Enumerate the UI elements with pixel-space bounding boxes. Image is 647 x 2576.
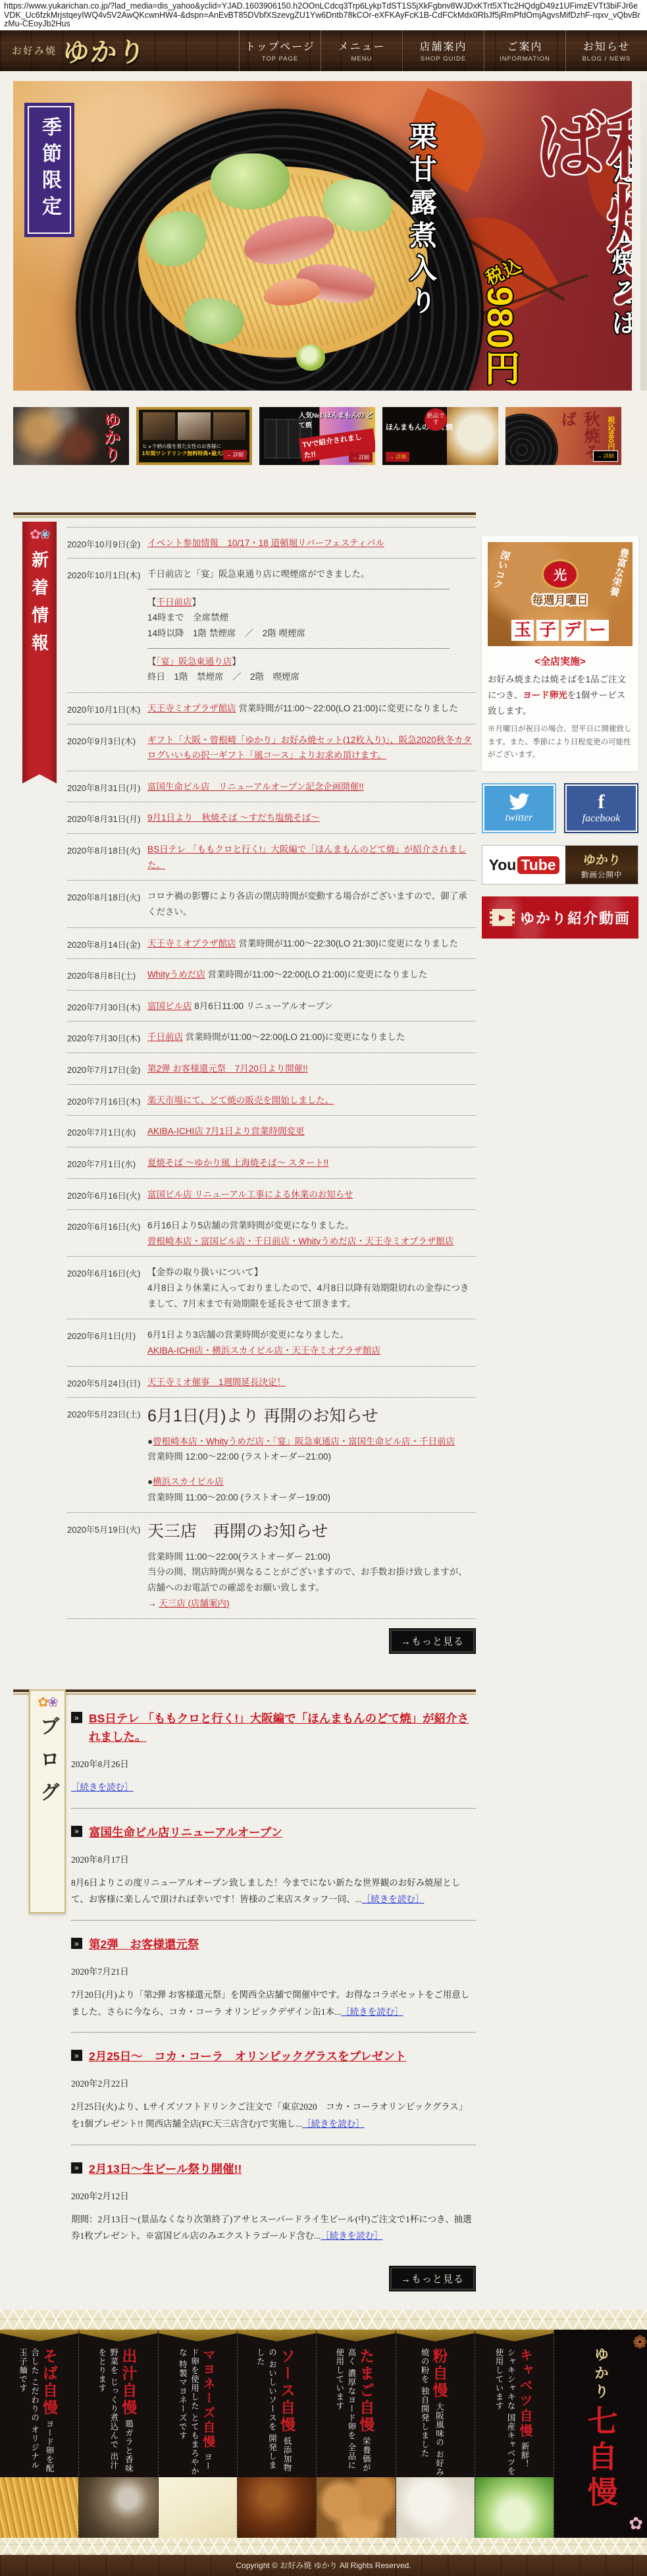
- bracket: 】: [192, 597, 201, 607]
- nav-label-jp: ご案内: [507, 38, 542, 53]
- flower-icon: ❁: [633, 2332, 644, 2353]
- news-link[interactable]: 富国ビル店: [147, 1001, 192, 1011]
- gold-banner-top: [79, 2330, 157, 2342]
- news-row: 2020年5月23日(土) 6月1日(月)より 再開のお知らせ ●曾根崎本店・W…: [67, 1398, 476, 1513]
- brand-yukari-label: ゆかり: [593, 2347, 609, 2402]
- nav-label-en: MENU: [351, 55, 373, 63]
- news-date: 2020年8月8日(土): [67, 967, 147, 983]
- news-store-links[interactable]: 曾根崎本店・Whityうめだ店・「宴」阪急東通店・富国生命ビル店・千日前店: [153, 1437, 455, 1446]
- arrow: →: [147, 1599, 159, 1608]
- blog-entry-date: 2020年8月26日: [71, 1757, 476, 1770]
- news-ribbon-label: 新着情報: [28, 551, 52, 661]
- news-ribbon: ✿❀ 新着情報: [22, 522, 57, 784]
- egg-day-description: お好み焼または焼そばを1品ご注文につき、ヨード卵光を1個サービス致します。: [488, 672, 633, 720]
- blog-more-button[interactable]: →もっと見る: [390, 2267, 475, 2290]
- intro-video-label: ゆかり紹介動画: [520, 908, 631, 928]
- blog-entry-title[interactable]: BS日テレ 「ももクロと行く!」大阪編で「ほんまもんのどて焼」が紹介されました。: [89, 1709, 476, 1746]
- logo-name: ゆかり: [61, 32, 148, 69]
- news-date: 2020年8月31日(月): [67, 810, 147, 826]
- blog-entry-excerpt: 期間：2月13日～(景品なくなり次第終了)アサヒスーパードライ生ビール(中)ご注…: [71, 2214, 472, 2241]
- egg-copy-left: 深いコク: [490, 549, 513, 590]
- sidebar: 深いコク 豊富な栄養 光 毎週月曜日 玉子デー <全店実施> お好み焼または焼そ…: [482, 536, 638, 939]
- news-row: 2020年8月18日(火) コロナ禍の影響により各店の閉店時間が変動する場合がご…: [67, 881, 476, 927]
- news-date: 2020年8月18日(火): [67, 889, 147, 919]
- news-date: 2020年5月23日(土): [67, 1406, 147, 1505]
- sudachi-citrus-photo: [296, 344, 325, 371]
- gold-banner-top: [0, 2330, 78, 2342]
- news-store-links[interactable]: 横浜スカイビル店: [153, 1477, 224, 1487]
- next-slide-edge: [640, 81, 647, 391]
- news-text: 営業時間が11:00～22:00(LO 21:00)に変更になりました: [236, 703, 458, 713]
- news-link[interactable]: イベント参加情報 10/17・18 道頓堀リバーフェスティバル: [147, 538, 384, 548]
- footer-column-flour: 粉自慢 大阪風味の お好み焼の粉を 独自開発しました: [396, 2330, 475, 2538]
- news-row: 2020年8月14日(金) 天王寺ミオプラザ館店 営業時間が11:00～22:3…: [67, 928, 476, 960]
- news-date: 2020年7月30日(木): [67, 999, 147, 1014]
- nav-label-jp: お知らせ: [583, 38, 631, 53]
- banner-carousel: ゆかり ヒョウ柄の服を着た女性のお客様に 1年間ワンドリンク無料特典+最大30%…: [0, 400, 647, 473]
- blog-entry-excerpt: 2月25日(火)より、Lサイズソフトドリンクご注文で「東京2020 コカ・コーラ…: [71, 2102, 467, 2129]
- pride-line: こだわりの: [30, 2378, 39, 2423]
- footer-column-cabbage: キャベツ自慢 新鮮！シャキシャキな 国産キャベツを 使用しています: [475, 2330, 554, 2538]
- news-link[interactable]: 9月1日より 秋焼そば ～すだち塩焼そば～: [147, 813, 320, 823]
- content-area: ✿❀ 新着情報 2020年10月9日(金) イベント参加情報 10/17・18 …: [0, 473, 647, 2310]
- news-date: 2020年5月19日(火): [67, 1521, 147, 1611]
- banner-detail-button: → 詳細: [386, 452, 409, 462]
- news-headline: 天三店 再開のお知らせ: [147, 1521, 476, 1543]
- news-text: 終日 1階 禁煙席 ／ 2階 喫煙席: [147, 672, 299, 682]
- news-date: 2020年10月1日(木): [67, 701, 147, 717]
- news-row: 2020年8月8日(土) Whityうめだ店 営業時間が11:00～22:00(…: [67, 959, 476, 991]
- blog-section: ✿❀ ブログ » BS日テレ 「ももクロと行く!」大阪編で「ほんまもんのどて焼」…: [13, 1689, 476, 2290]
- blog-entry-title[interactable]: 2月13日～生ビール祭り開催!!: [89, 2160, 242, 2178]
- youtube-channel-button[interactable]: YouTube ゆかり 動画公開中: [482, 845, 638, 885]
- pride-line: 使用しています: [494, 2348, 504, 2411]
- blog-entry: » 2月25日～ コカ・コーラ オリンピックグラスをプレゼント 2020年2月2…: [71, 2033, 476, 2145]
- news-date: 2020年6月16日(火): [67, 1218, 147, 1249]
- sauce-photo: [238, 2477, 316, 2538]
- banner-yukari-collage[interactable]: ゆかり: [13, 407, 129, 465]
- news-row: 2020年7月16日(木) 楽天市場にて、どて焼の販売を開始しました。: [67, 1085, 476, 1116]
- news-date: 2020年7月17日(金): [67, 1061, 147, 1077]
- news-link[interactable]: 天王寺ミオ催事 1週間延長決定！: [147, 1377, 286, 1387]
- nav-label-en: SHOP GUIDE: [421, 55, 466, 63]
- banner-doteyaki-zeppin[interactable]: ほんまもんの どて焼 絶品です → 詳細: [382, 407, 498, 465]
- news-link[interactable]: 夏焼そば ～ゆかり風 上海焼そば～ スタート!!: [147, 1158, 328, 1168]
- blog-entry: » BS日テレ 「ももクロと行く!」大阪編で「ほんまもんのどて焼」が紹介されまし…: [71, 1695, 476, 1809]
- nav-label-jp: メニュー: [338, 38, 385, 53]
- bracket: 【: [147, 657, 157, 667]
- cabbage-photo: [475, 2477, 554, 2538]
- blog-ribbon: ✿❀ ブログ: [29, 1689, 66, 1913]
- pride-title: 粉自慢: [431, 2348, 448, 2399]
- blog-entry: » 2月13日～生ビール祭り開催!! 2020年2月12日 期間：2月13日～(…: [71, 2145, 476, 2257]
- read-more-link[interactable]: ［続きを読む］: [362, 1894, 425, 1904]
- news-row: 2020年6月16日(火) 【金券の取り扱いについて】 4月8日より休業に入って…: [67, 1257, 476, 1319]
- news-row: 2020年6月1日(月) 6月1日より3店舗の営業時間が変更になりました。 AK…: [67, 1319, 476, 1366]
- banner-autumn-yakisoba[interactable]: 秋焼そば 税込980円 → 詳細: [505, 407, 621, 465]
- pride-line: 国産キャベツを: [506, 2413, 515, 2476]
- banner-detail-button: → 詳細: [349, 452, 373, 462]
- news-text: 14時まで 全席禁煙: [147, 613, 228, 622]
- youtube-open-label: 動画公開中: [581, 869, 623, 880]
- pride-line: じっくり煮込んで: [109, 2378, 118, 2449]
- seasonal-limited-badge: 季節限定: [28, 106, 71, 234]
- youtube-yukari-label: ゆかり: [582, 850, 621, 868]
- news-row: 2020年10月1日(木) 千日前店と「宴」阪急東通り店に喫煙席ができました。 …: [67, 559, 476, 693]
- pride-title: キャベツ自慢: [517, 2348, 532, 2439]
- news-link[interactable]: 富国ビル店 リニューアル工事による休業のお知らせ: [147, 1190, 353, 1199]
- noodle-photo: [0, 2477, 78, 2538]
- news-text: コロナ禍の影響により各店の閉店時間が変動する場合がございますので、御了承ください…: [147, 891, 467, 917]
- blog-entry-title[interactable]: 第2弾 お客様還元祭: [89, 1935, 199, 1954]
- egg-day-title: 玉子デー: [511, 620, 609, 641]
- sns-buttons: twitter f facebook: [482, 783, 638, 833]
- news-link[interactable]: 天三店 (店舗案内): [159, 1599, 229, 1608]
- gold-banner-top: [475, 2330, 554, 2342]
- gold-banner-top: [317, 2330, 395, 2342]
- read-more-link[interactable]: ［続きを読む］: [302, 2119, 365, 2129]
- news-headline: 6月1日(月)より 再開のお知らせ: [147, 1406, 476, 1427]
- blog-ribbon-label: ブログ: [33, 1716, 62, 1815]
- news-date: 2020年7月16日(木): [67, 1093, 147, 1109]
- blog-marker-icon: »: [71, 1826, 82, 1837]
- news-link[interactable]: ギフト「大阪・曾根崎「ゆかり」お好み焼セット(12枚入り)」、阪急2020秋冬カ…: [147, 735, 472, 761]
- footer-column-egg: たまご自慢 栄養価が高く 濃厚なヨード卵を 全品に使用しています: [317, 2330, 396, 2538]
- news-row: 2020年6月16日(火) 6月16日より5店舗の営業時間が変更になりました。 …: [67, 1210, 476, 1257]
- twitter-button[interactable]: twitter: [482, 783, 556, 833]
- news-date: 2020年7月1日(水): [67, 1124, 147, 1139]
- news-date: 2020年5月24日(日): [67, 1375, 147, 1390]
- twitter-label: twitter: [505, 812, 533, 824]
- hero-title-text: 秋焼そば: [528, 107, 632, 391]
- news-more-button[interactable]: →もっと見る: [390, 1630, 475, 1653]
- facebook-f-icon: f: [598, 792, 605, 812]
- blog-entry: » 第2弾 お客様還元祭 2020年7月21日 7月20日(月)より「第2弾 お…: [71, 1921, 476, 2033]
- news-date: 2020年6月16日(火): [67, 1265, 147, 1311]
- news-store-links[interactable]: 曾根崎本店・富国ビル店・千日前店・Whityうめだ店・天王寺ミオプラザ館店: [147, 1236, 453, 1246]
- blog-entry-date: 2020年7月21日: [71, 1964, 476, 1977]
- bullet: ●: [147, 1437, 153, 1446]
- pride-title: ソース自慢: [278, 2348, 296, 2434]
- hero-price: 980円: [482, 287, 517, 387]
- news-row: 2020年6月16日(火) 富国ビル店 リニューアル工事による休業のお知らせ: [67, 1179, 476, 1211]
- yukari-intro-video-button[interactable]: ▶ ゆかり紹介動画: [482, 896, 638, 939]
- logo-prefix: お好み焼: [12, 43, 57, 57]
- copyright-bar: Copyright © お好み焼 ゆかり All Rights Reserved…: [0, 2555, 647, 2576]
- news-text: 営業時間 11:00～22:00(ラストオーダー 21:00): [147, 1552, 330, 1562]
- banner-ladies-discount[interactable]: ヒョウ柄の服を着た女性のお客様に 1年間ワンドリンク無料特典+最大30%割引き …: [136, 407, 252, 465]
- nav-label-jp: 店舗案内: [419, 38, 467, 53]
- all-stores-label: <全店実施>: [488, 654, 633, 668]
- news-row: 2020年5月19日(火) 天三店 再開のお知らせ 営業時間 11:00～22:…: [67, 1513, 476, 1619]
- news-link[interactable]: Whityうめだ店: [147, 970, 205, 979]
- twitter-bird-icon: [508, 793, 531, 811]
- news-link[interactable]: AKIBA-ICHI店 7月1日より営業時間変更: [147, 1126, 305, 1136]
- blog-marker-icon: »: [71, 1938, 82, 1949]
- news-date: 2020年8月31日(月): [67, 779, 147, 795]
- banner-detail-button: → 詳細: [593, 451, 618, 462]
- egg-weekly-label: 毎週月曜日: [532, 591, 588, 607]
- flower-icon: ✿: [629, 2513, 640, 2534]
- news-text: 営業時間 12:00～22:00 (ラストオーダー21:00): [147, 1452, 331, 1462]
- news-date: 2020年7月30日(木): [67, 1029, 147, 1045]
- footer-column-soba: そば自慢 ヨード卵を配合した こだわりの オリジナル玉子麺です: [0, 2330, 79, 2538]
- news-row: 2020年8月31日(月) 富国生命ビル店 リニューアルオープン記念企画開催!!: [67, 771, 476, 803]
- footer-pattern-band: [0, 2310, 647, 2330]
- nav-label-jp: トップページ: [245, 38, 315, 53]
- read-more-link[interactable]: ［続きを読む］: [321, 2231, 383, 2241]
- pride-line: 特製マヨネーズです: [178, 2360, 187, 2440]
- egg-day-note: ※月曜日が祝日の場合、翌平日に開催致します。また、季節により日程変更の可能性がご…: [488, 723, 633, 762]
- news-row: 2020年7月1日(水) AKIBA-ICHI店 7月1日より営業時間変更: [67, 1116, 476, 1147]
- footer-column-sauce: ソース自慢 低添加物の おいしいソースを 開発しました: [238, 2330, 317, 2538]
- blog-entry-date: 2020年2月12日: [71, 2189, 476, 2202]
- news-row: 2020年8月18日(火) BS日テレ 「ももクロと行く!」大阪編で「ほんまもん…: [67, 834, 476, 881]
- blog-section-rule: [13, 1689, 476, 1695]
- news-link[interactable]: 千日前店: [147, 1032, 183, 1042]
- footer-pattern-band: [0, 2538, 647, 2555]
- banner-line1: 人気№1 ほんまもんの どて焼: [299, 410, 375, 429]
- news-row: 2020年9月3日(木) ギフト「大阪・曾根崎「ゆかり」お好み焼セット(12枚入…: [67, 725, 476, 771]
- main-navigation: トップページ TOP PAGE メニュー MENU 店舗案内 SHOP GUID…: [239, 30, 647, 71]
- news-row: 2020年7月30日(木) 千日前店 営業時間が11:00～22:00(LO 2…: [67, 1022, 476, 1053]
- seven-prides-label: 七自慢: [584, 2405, 618, 2511]
- blog-entry-date: 2020年8月17日: [71, 1852, 476, 1865]
- news-section: ✿❀ 新着情報 2020年10月9日(金) イベント参加情報 10/17・18 …: [13, 527, 476, 1653]
- news-date: 2020年10月1日(木): [67, 566, 147, 685]
- nav-top-page[interactable]: トップページ TOP PAGE: [239, 30, 321, 71]
- news-row: 2020年7月1日(水) 夏焼そば ～ゆかり風 上海焼そば～ スタート!!: [67, 1147, 476, 1179]
- read-more-link[interactable]: ［続きを読む］: [71, 1782, 134, 1792]
- news-text: 14時以降 1階 禁煙席 ／ 2階 喫煙席: [147, 628, 305, 638]
- footer-column-dashi: 出汁自慢 鶏ガラと香味野菜を じっくり煮込んで 出汁をとります: [79, 2330, 158, 2538]
- blog-entry: » 富国生命ビル店リニューアルオープン 2020年8月17日 8月6日よりこの度…: [71, 1809, 476, 1921]
- news-text: 6月1日より3店舗の営業時間が変更になりました。: [147, 1330, 349, 1340]
- news-text: 営業時間が11:00～22:00(LO 21:00)に変更になりました: [183, 1032, 405, 1042]
- youtube-logo: YouTube: [482, 846, 565, 884]
- banner-badge: 絶品です: [425, 408, 447, 431]
- footer-brand-column: ❁ ゆかり 七自慢 ✿: [554, 2330, 647, 2538]
- egg-copy-right: 豊富な栄養: [606, 546, 632, 597]
- news-link[interactable]: 第2弾 お客様還元祭 7月20日より開催!!: [147, 1064, 308, 1074]
- pride-title: たまご自慢: [357, 2348, 375, 2434]
- banner-doteyaki-tv[interactable]: 人気№1 ほんまもんの どて焼 TVで紹介されました!! → 詳細: [259, 407, 375, 465]
- hero-ingredient-text: 栗甘露煮入り: [401, 122, 441, 319]
- news-text: 営業時間が11:00～22:00(LO 21:00)に変更になりました: [205, 970, 427, 979]
- hikari-egg-badge: 光: [542, 559, 579, 589]
- news-link[interactable]: 「宴」阪急東通り店: [157, 657, 232, 667]
- mayonnaise-photo: [159, 2477, 237, 2538]
- read-more-link[interactable]: ［続きを読む］: [341, 2007, 403, 2017]
- site-logo[interactable]: お好み焼 ゆかり: [0, 30, 239, 71]
- blog-marker-icon: »: [71, 2162, 82, 2174]
- blog-entry-date: 2020年2月22日: [71, 2076, 476, 2089]
- banner-price: 税込980円: [606, 416, 616, 450]
- banner-label: ゆかり: [99, 411, 124, 462]
- egg-day-banner: 深いコク 豊富な栄養 光 毎週月曜日 玉子デー: [488, 542, 633, 646]
- blog-entry-title[interactable]: 2月25日～ コカ・コーラ オリンピックグラスをプレゼント: [89, 2047, 406, 2066]
- news-date: 2020年7月1日(水): [67, 1155, 147, 1171]
- news-text: 千日前店と「宴」阪急東通り店に喫煙席ができました。: [147, 569, 370, 579]
- news-row: 2020年10月9日(金) イベント参加情報 10/17・18 道頓堀リバーフェ…: [67, 527, 476, 559]
- nav-blog-news[interactable]: お知らせ BLOG / NEWS: [565, 30, 647, 71]
- news-date: 2020年6月16日(火): [67, 1187, 147, 1203]
- pride-title: マヨネーズ自慢: [201, 2348, 215, 2450]
- smoking-info-block: 【千日前店】 14時まで 全席禁煙 14時以降 1階 禁煙席 ／ 2階 喫煙席: [147, 589, 450, 642]
- news-text: 8月6日11:00 リニューアルオープン: [192, 1001, 334, 1011]
- news-date: 2020年6月1日(月): [67, 1327, 147, 1358]
- news-row: 2020年8月31日(月) 9月1日より 秋焼そば ～すだち塩焼そば～: [67, 802, 476, 834]
- facebook-button[interactable]: f facebook: [564, 783, 638, 833]
- dashi-pot-photo: [79, 2477, 157, 2538]
- pride-line: 濃厚なヨード卵を: [347, 2369, 356, 2440]
- news-text: 4月8日より休業に入っておりましたので、4月8日以降有効期限切れの金券につきまし…: [147, 1283, 469, 1309]
- smoking-info-block: 【「宴」阪急東通り店】 終日 1階 禁煙席 ／ 2階 喫煙席: [147, 648, 450, 685]
- news-text: 営業時間 11:00～20:00 (ラストオーダー19:00): [147, 1493, 330, 1502]
- bracket: 】: [232, 657, 241, 667]
- nav-label-en: TOP PAGE: [262, 55, 299, 63]
- nav-menu[interactable]: メニュー MENU: [321, 30, 402, 71]
- banner-detail-button: → 詳細: [223, 450, 247, 460]
- news-link[interactable]: 天王寺ミオプラザ館店: [147, 703, 236, 713]
- banner-line1: ヒョウ柄の服を着た女性のお客様に: [142, 443, 221, 450]
- main-column: ✿❀ 新着情報 2020年10月9日(金) イベント参加情報 10/17・18 …: [13, 512, 476, 2290]
- blog-marker-icon: »: [71, 1712, 82, 1723]
- egg-day-module: 深いコク 豊富な栄養 光 毎週月曜日 玉子デー <全店実施> お好み焼または焼そ…: [482, 536, 638, 772]
- news-link[interactable]: 楽天市場にて、どて焼の販売を開始しました。: [147, 1095, 334, 1105]
- nav-shop-guide[interactable]: 店舗案内 SHOP GUIDE: [402, 30, 484, 71]
- hero-banner-autumn-yakisoba: 季節限定 栗甘露煮入り すだち塩焼そば 秋焼そば 税込 980円 → 詳細: [13, 81, 632, 391]
- blog-entry-title[interactable]: 富国生命ビル店リニューアルオープン: [89, 1823, 282, 1842]
- news-section-rule: [13, 512, 476, 518]
- pride-title: そば自慢: [41, 2348, 58, 2417]
- news-row: 2020年7月30日(木) 富国ビル店 8月6日11:00 リニューアルオープン: [67, 991, 476, 1022]
- pride-line: 大阪風味の: [435, 2402, 444, 2447]
- gold-banner-top: [159, 2330, 237, 2342]
- news-date: 2020年9月3日(木): [67, 732, 147, 763]
- news-date: 2020年8月14日(金): [67, 936, 147, 952]
- news-link[interactable]: 千日前店: [157, 597, 192, 607]
- bullet: ●: [147, 1477, 153, 1487]
- news-link[interactable]: BS日テレ 「ももクロと行く!」大阪編で「ほんまもんのどて焼」が紹介されました。: [147, 844, 466, 870]
- news-link[interactable]: 富国生命ビル店 リニューアルオープン記念企画開催!!: [147, 782, 364, 792]
- news-text: 営業時間が11:00～22:30(LO 21:30)に変更になりました: [236, 939, 458, 948]
- site-header: お好み焼 ゆかり トップページ TOP PAGE メニュー MENU 店舗案内 …: [0, 30, 647, 71]
- banner-photos: [143, 412, 246, 440]
- footer-seven-prides: そば自慢 ヨード卵を配合した こだわりの オリジナル玉子麺です 出汁自慢 鶏ガラ…: [0, 2330, 647, 2538]
- gold-banner-top: [396, 2330, 475, 2342]
- page-url-text: https://www.yukarichan.co.jp/?lad_media=…: [0, 0, 647, 30]
- pride-line: おいしいソースを: [268, 2360, 277, 2431]
- youtube-yukari-panel: ゆかり 動画公開中: [565, 846, 638, 884]
- flour-photo: [396, 2477, 475, 2538]
- bracket: 【: [147, 597, 157, 607]
- facebook-label: facebook: [582, 813, 621, 825]
- pride-line: 独自開発しました: [420, 2386, 429, 2457]
- news-row: 2020年10月1日(木) 天王寺ミオプラザ館店 営業時間が11:00～22:0…: [67, 693, 476, 725]
- pride-title: 出汁自慢: [120, 2348, 137, 2417]
- eggs-photo: [317, 2477, 395, 2538]
- footer-column-mayonnaise: マヨネーズ自慢 ヨード卵を使用した とてもまろやかな 特製マヨネーズです: [159, 2330, 238, 2538]
- hero-section: 季節限定 栗甘露煮入り すだち塩焼そば 秋焼そば 税込 980円 → 詳細: [0, 71, 647, 400]
- news-text: 当分の間、閉店時間が異なることがございますので、お手数お掛け致しますが、 店舗へ…: [147, 1567, 467, 1593]
- flower-icon: ✿❀: [30, 528, 49, 541]
- news-text: 6月16日より5店舗の営業時間が変更になりました。: [147, 1220, 354, 1230]
- news-row: 2020年5月24日(日) 天王寺ミオ催事 1週間延長決定！: [67, 1367, 476, 1398]
- blog-entry-excerpt: 7月20日(月)より「第2弾 お客様還元祭」を関西全店舗で開催中です。お得なコラ…: [71, 1990, 469, 2017]
- gold-banner-top: [238, 2330, 316, 2342]
- film-play-icon: ▶: [490, 909, 515, 926]
- news-text: 【金券の取り扱いについて】: [147, 1267, 263, 1277]
- nav-label-en: INFORMATION: [500, 55, 550, 63]
- blog-marker-icon: »: [71, 2050, 82, 2061]
- news-date: 2020年8月18日(火): [67, 842, 147, 873]
- flower-icon: ✿❀: [38, 1696, 57, 1709]
- nav-information[interactable]: ご案内 INFORMATION: [484, 30, 565, 71]
- yodo-egg-hikari-label: ヨード卵光: [523, 690, 567, 700]
- nav-label-en: BLOG / NEWS: [582, 55, 631, 63]
- news-row: 2020年7月17日(金) 第2弾 お客様還元祭 7月20日より開催!!: [67, 1053, 476, 1085]
- news-store-links[interactable]: AKIBA-ICHI店・横浜スカイビル店・天王寺ミオプラザ館店: [147, 1346, 380, 1356]
- news-date: 2020年10月9日(金): [67, 535, 147, 551]
- news-link[interactable]: 天王寺ミオプラザ館店: [147, 939, 236, 948]
